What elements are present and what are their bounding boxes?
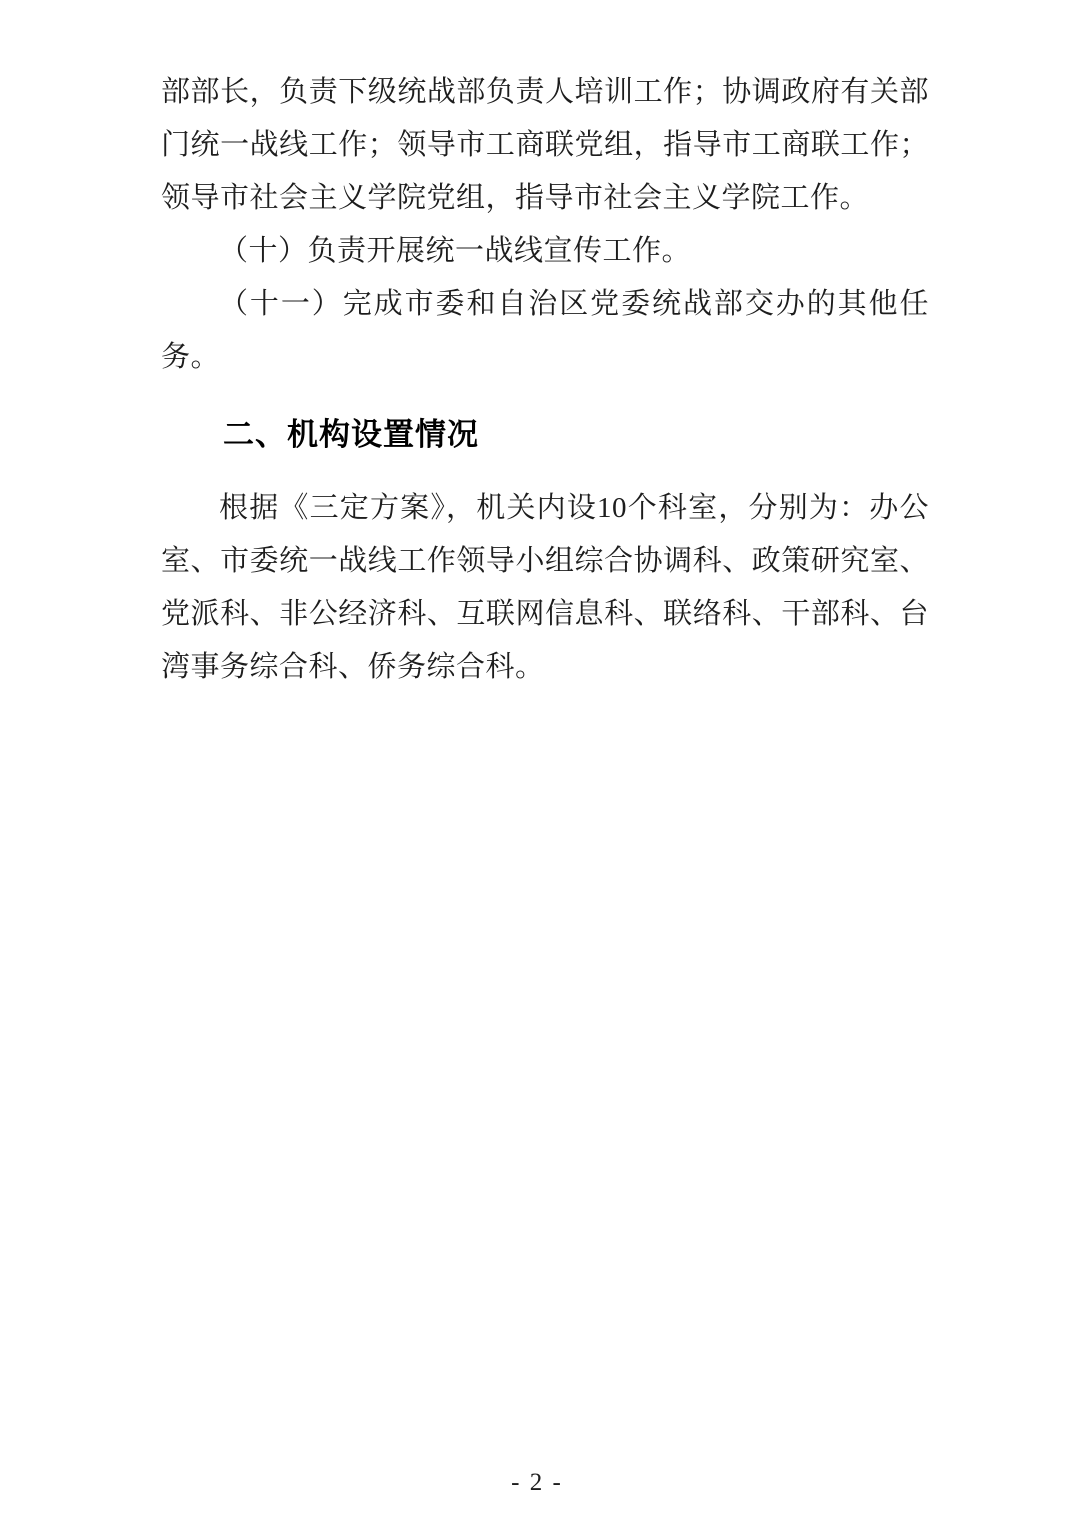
paragraph-continuation: 部部长，负责下级统战部负责人培训工作；协调政府有关部门统一战线工作；领导市工商联… <box>161 66 929 225</box>
page-number: - 2 - <box>0 1468 1074 1498</box>
paragraph-item-eleven: （十一）完成市委和自治区党委统战部交办的其他任务。 <box>161 278 929 384</box>
document-page: 部部长，负责下级统战部负责人培训工作；协调政府有关部门统一战线工作；领导市工商联… <box>0 0 1074 1520</box>
paragraph-item-ten: （十）负责开展统一战线宣传工作。 <box>161 225 929 278</box>
paragraph-section-body: 根据《三定方案》，机关内设10个科室，分别为：办公室、市委统一战线工作领导小组综… <box>161 482 929 694</box>
document-body: 部部长，负责下级统战部负责人培训工作；协调政府有关部门统一战线工作；领导市工商联… <box>161 66 929 694</box>
section-heading: 二、机构设置情况 <box>161 408 929 461</box>
